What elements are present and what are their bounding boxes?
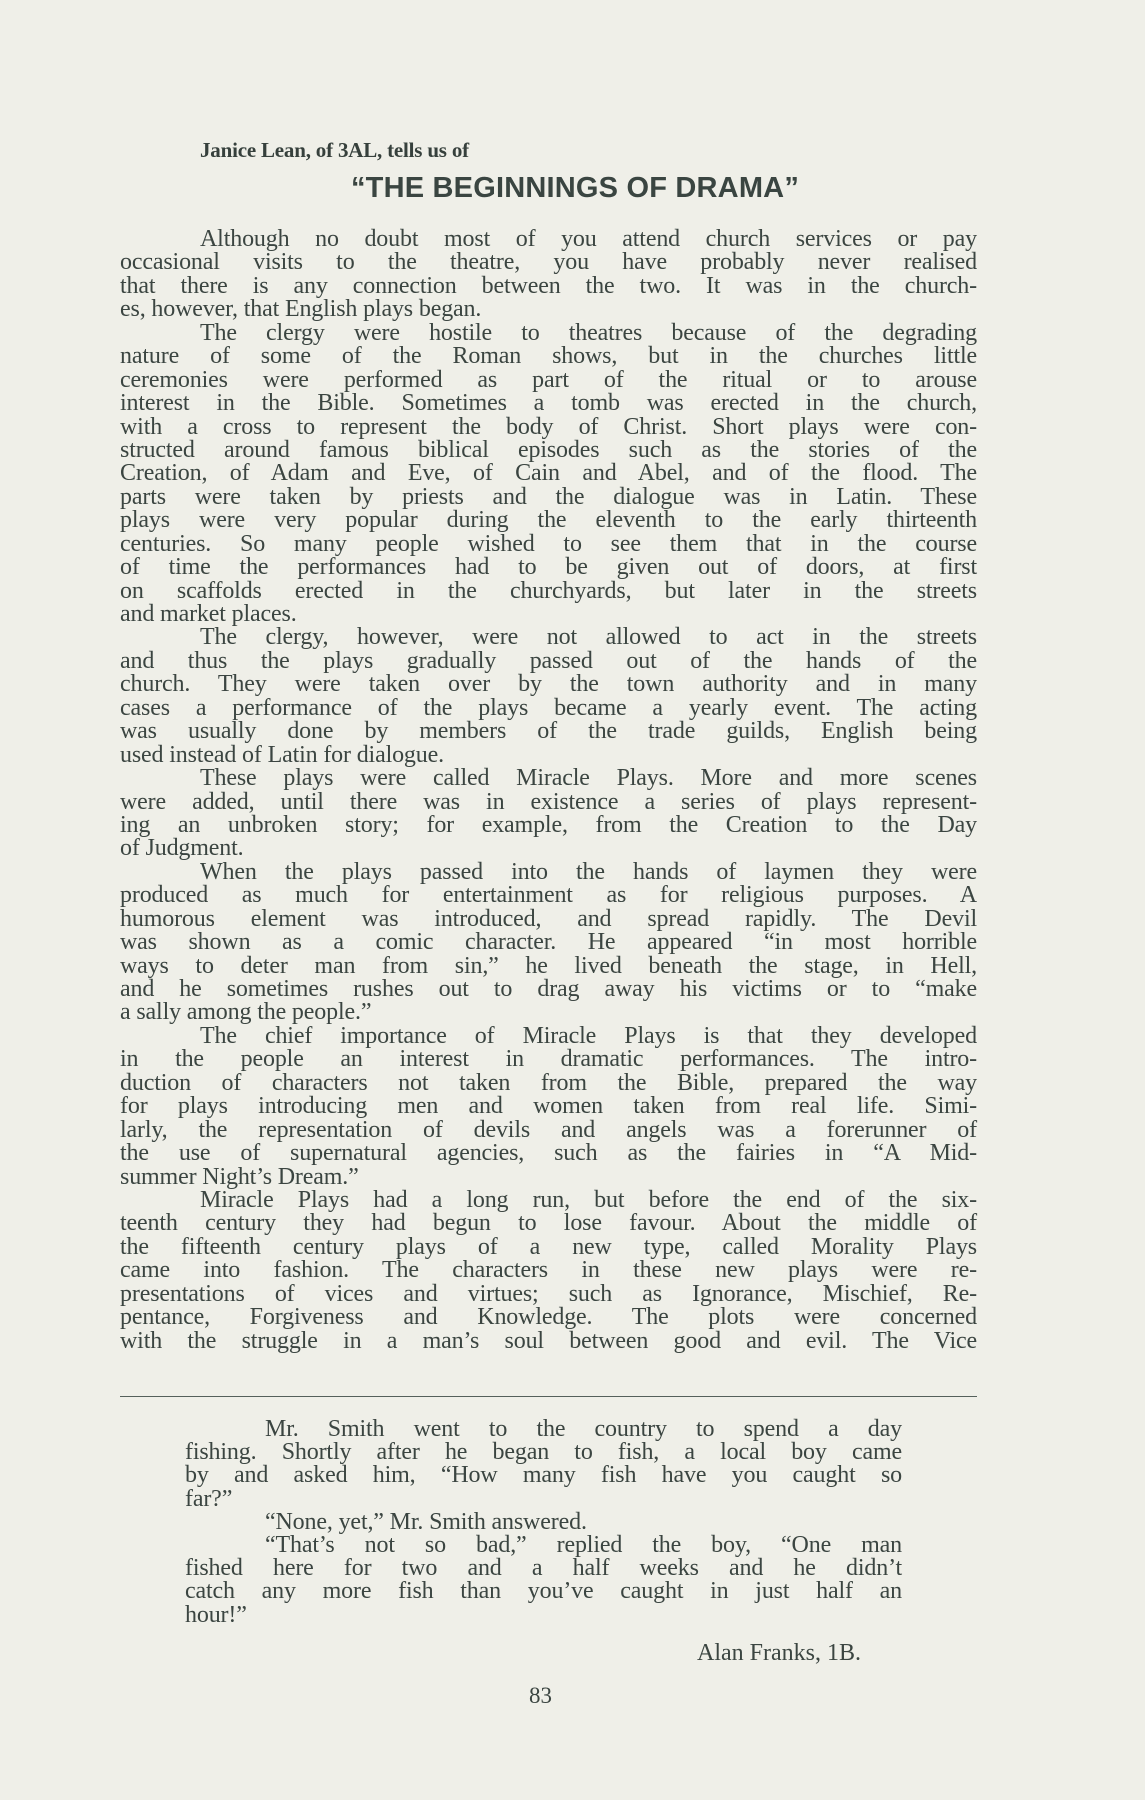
article-body: Although no doubt most of you attend chu… [120, 228, 977, 1353]
text-line: far?” [185, 1488, 902, 1511]
text-line: interest in the Bible. Sometimes a tomb … [120, 392, 977, 415]
text-line: was shown as a comic character. He appea… [120, 931, 977, 954]
text-line: fished here for two and a half weeks and… [185, 1557, 902, 1580]
text-line: summer Night’s Dream.” [120, 1166, 977, 1189]
text-line: ceremonies were performed as part of the… [120, 369, 977, 392]
section-divider [120, 1396, 977, 1397]
text-line: on scaffolds erected in the churchyards,… [120, 580, 977, 603]
text-line: was usually done by members of the trade… [120, 720, 977, 743]
text-line: fishing. Shortly after he began to fish,… [185, 1441, 902, 1464]
text-line: ing an unbroken story; for example, from… [120, 814, 977, 837]
paragraph: Mr. Smith went to the country to spend a… [185, 1418, 902, 1511]
text-line: that there is any connection between the… [120, 275, 977, 298]
text-line: for plays introducing men and women take… [120, 1095, 977, 1118]
text-line: and market places. [120, 603, 977, 626]
magazine-page: Janice Lean, of 3AL, tells us of “THE BE… [0, 0, 1145, 1800]
text-line: occasional visits to the theatre, you ha… [120, 251, 977, 274]
text-line: Although no doubt most of you attend chu… [120, 228, 977, 251]
article-byline: Janice Lean, of 3AL, tells us of [200, 138, 469, 163]
text-line: duction of characters not taken from the… [120, 1072, 977, 1095]
text-line: These plays were called Miracle Plays. M… [120, 767, 977, 790]
text-line: ways to deter man from sin,” he lived be… [120, 955, 977, 978]
text-line: The clergy were hostile to theatres beca… [120, 322, 977, 345]
text-line: When the plays passed into the hands of … [120, 861, 977, 884]
paragraph: The clergy, however, were not allowed to… [120, 626, 977, 767]
text-line: used instead of Latin for dialogue. [120, 744, 977, 767]
joke-box: Mr. Smith went to the country to spend a… [185, 1418, 902, 1627]
text-line: a sally among the people.” [120, 1001, 977, 1024]
text-line: hour!” [185, 1604, 902, 1627]
paragraph: “That’s not so bad,” replied the boy, “O… [185, 1534, 902, 1627]
text-line: “None, yet,” Mr. Smith answered. [185, 1511, 902, 1534]
text-line: were added, until there was in existence… [120, 791, 977, 814]
text-line: larly, the representation of devils and … [120, 1119, 977, 1142]
text-line: with a cross to represent the body of Ch… [120, 416, 977, 439]
text-line: nature of some of the Roman shows, but i… [120, 345, 977, 368]
paragraph: When the plays passed into the hands of … [120, 861, 977, 1025]
text-line: parts were taken by priests and the dial… [120, 486, 977, 509]
text-line: structed around famous biblical episodes… [120, 439, 977, 462]
text-line: and he sometimes rushes out to drag away… [120, 978, 977, 1001]
page-number: 83 [529, 1683, 552, 1709]
paragraph: The chief importance of Miracle Plays is… [120, 1025, 977, 1189]
text-line: plays were very popular during the eleve… [120, 509, 977, 532]
text-line: es, however, that English plays began. [120, 298, 977, 321]
text-line: Miracle Plays had a long run, but before… [120, 1189, 977, 1212]
text-line: of time the performances had to be given… [120, 556, 977, 579]
text-line: church. They were taken over by the town… [120, 673, 977, 696]
text-line: by and asked him, “How many fish have yo… [185, 1464, 902, 1487]
joke-author: Alan Franks, 1B. [697, 1640, 861, 1667]
text-line: and thus the plays gradually passed out … [120, 650, 977, 673]
text-line: centuries. So many people wished to see … [120, 533, 977, 556]
text-line: with the struggle in a man’s soul betwee… [120, 1330, 977, 1353]
paragraph: “None, yet,” Mr. Smith answered. [185, 1511, 902, 1534]
text-line: of Judgment. [120, 837, 977, 860]
text-line: presentations of vices and virtues; such… [120, 1283, 977, 1306]
text-line: came into fashion. The characters in the… [120, 1259, 977, 1282]
text-line: Mr. Smith went to the country to spend a… [185, 1418, 902, 1441]
text-line: the fifteenth century plays of a new typ… [120, 1236, 977, 1259]
article-title: “THE BEGINNINGS OF DRAMA” [0, 172, 1145, 205]
text-line: Creation, of Adam and Eve, of Cain and A… [120, 462, 977, 485]
text-line: cases a performance of the plays became … [120, 697, 977, 720]
text-line: The clergy, however, were not allowed to… [120, 626, 977, 649]
paragraph: Although no doubt most of you attend chu… [120, 228, 977, 322]
text-line: produced as much for entertainment as fo… [120, 884, 977, 907]
text-line: humorous element was introduced, and spr… [120, 908, 977, 931]
paragraph: These plays were called Miracle Plays. M… [120, 767, 977, 861]
paragraph: Miracle Plays had a long run, but before… [120, 1189, 977, 1353]
text-line: teenth century they had begun to lose fa… [120, 1212, 977, 1235]
text-line: in the people an interest in dramatic pe… [120, 1048, 977, 1071]
text-line: the use of supernatural agencies, such a… [120, 1142, 977, 1165]
text-line: “That’s not so bad,” replied the boy, “O… [185, 1534, 902, 1557]
text-line: catch any more fish than you’ve caught i… [185, 1580, 902, 1603]
text-line: pentance, Forgiveness and Knowledge. The… [120, 1306, 977, 1329]
text-line: The chief importance of Miracle Plays is… [120, 1025, 977, 1048]
paragraph: The clergy were hostile to theatres beca… [120, 322, 977, 627]
